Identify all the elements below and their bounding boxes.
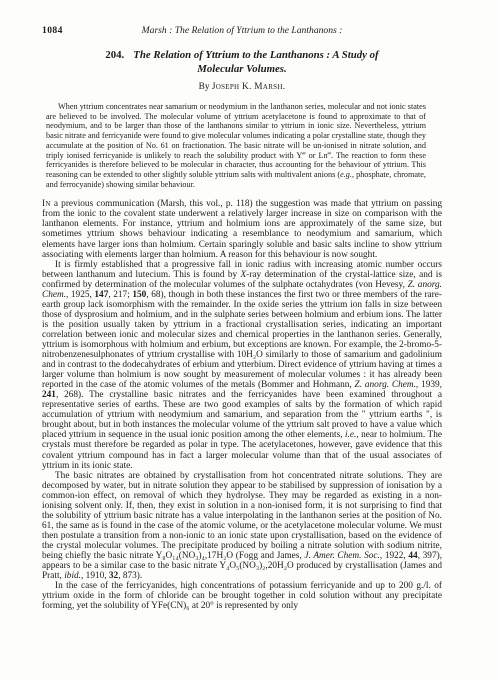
text-segment: 150 (132, 290, 146, 300)
text-segment: Z. anorg. Chem. (355, 380, 416, 390)
text-segment: a previous communication (Marsh, this vo… (42, 199, 442, 259)
text-segment: e.g. (340, 170, 352, 179)
byline-prefix: By (199, 82, 212, 92)
text-segment: 241 (42, 390, 56, 400)
text-segment: , 873). (118, 571, 142, 581)
text-segment: 44 (408, 551, 417, 561)
abstract-paragraph: When yttrium concentrates near samarium … (46, 102, 426, 189)
text-segment: 32 (109, 571, 118, 581)
text-segment: , 1922, (380, 551, 409, 561)
article-title-text-1: The Relation of Yttrium to the Lanthanon… (133, 49, 378, 61)
article-number: 204. (105, 49, 124, 61)
article-title-line-1: 204.The Relation of Yttrium to the Lanth… (42, 48, 442, 62)
paragraph: The basic nitrates are obtained by cryst… (42, 471, 442, 582)
text-segment: , 68), though in both these instances th… (42, 290, 442, 390)
article-body: In a previous communication (Marsh, this… (42, 199, 442, 611)
text-segment: In (42, 199, 51, 209)
article-title: 204.The Relation of Yttrium to the Lanth… (42, 48, 442, 76)
page-number: 1084 (42, 25, 63, 37)
journal-page: 1084 Marsh : The Relation of Yttrium to … (0, 0, 500, 679)
running-head: 1084 Marsh : The Relation of Yttrium to … (42, 25, 442, 37)
text-segment: When yttrium concentrates near samarium … (46, 102, 426, 179)
text-segment: The basic nitrates are obtained by cryst… (42, 471, 442, 561)
text-segment: , 1910, (81, 571, 109, 581)
text-segment: In the case of the ferricyanides, high c… (42, 581, 442, 611)
paragraph: It is firmly established that a progress… (42, 260, 442, 471)
text-segment: ibid. (64, 571, 81, 581)
byline: By Joseph K. Marsh. (42, 82, 442, 92)
text-segment: J. Amer. Chem. Soc. (304, 551, 379, 561)
abstract: When yttrium concentrates near samarium … (46, 102, 426, 189)
running-head-title: Marsh : The Relation of Yttrium to the L… (42, 25, 442, 37)
paragraph: In the case of the ferricyanides, high c… (42, 581, 442, 611)
text-segment: , 217; (108, 290, 132, 300)
text-segment: , 1925, (66, 290, 94, 300)
paragraph: In a previous communication (Marsh, this… (42, 199, 442, 259)
text-segment: i.e. (345, 430, 356, 440)
text-segment: 147 (94, 290, 108, 300)
author-name: Joseph K. Marsh. (212, 82, 286, 92)
article-title-text-2: Molecular Volumes. (42, 62, 442, 76)
text-segment: , 1939, (416, 380, 442, 390)
